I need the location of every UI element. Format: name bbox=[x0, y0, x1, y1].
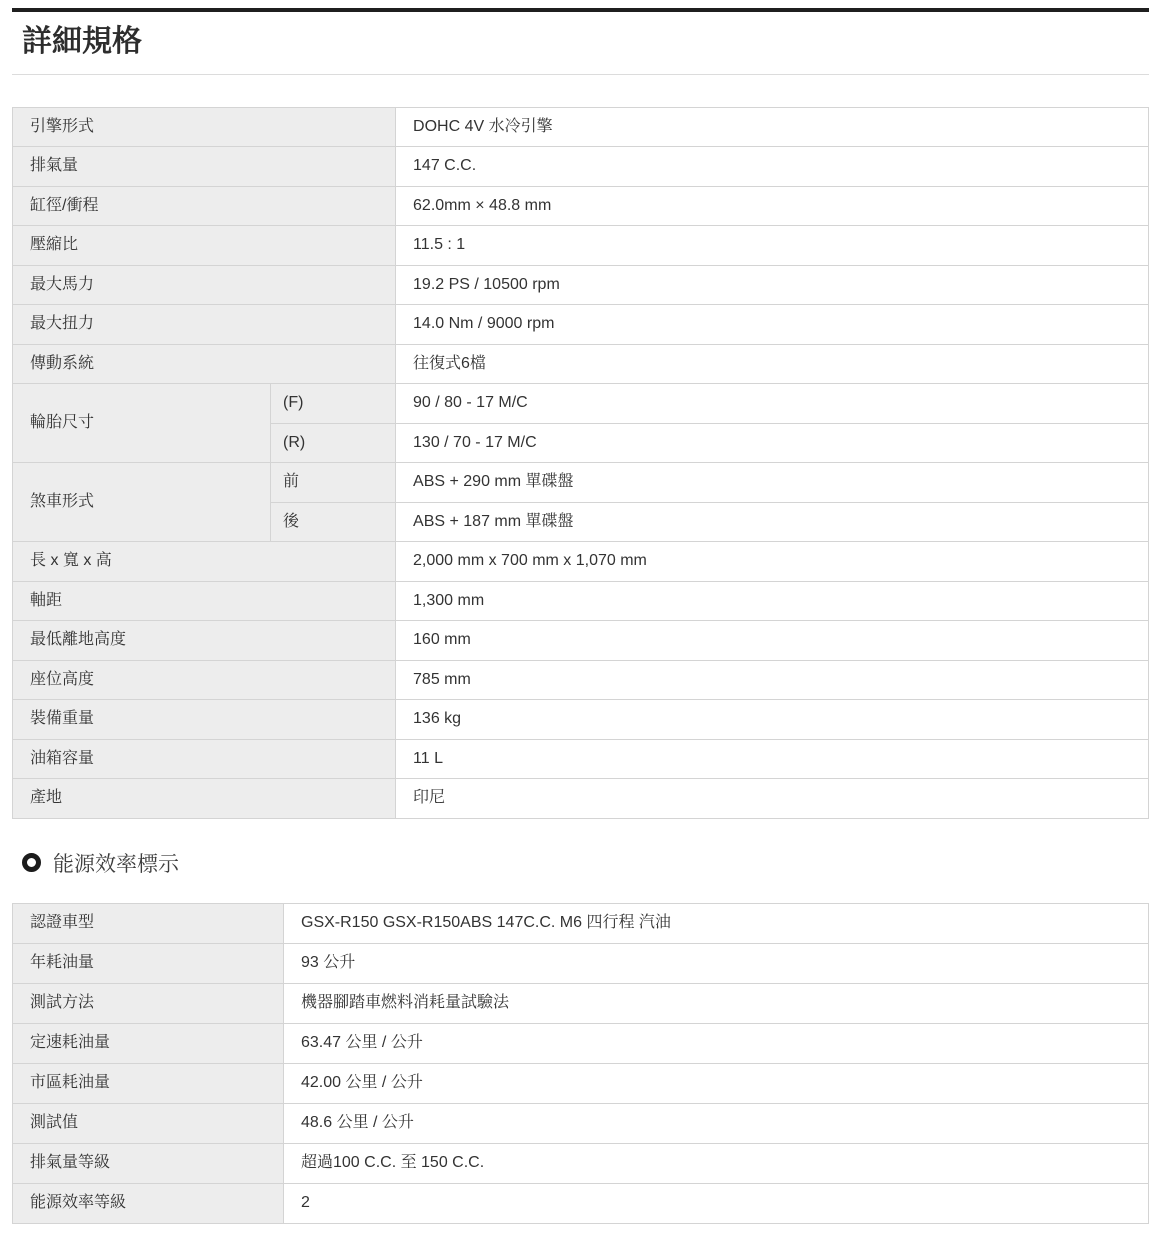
spec-value: 90 / 80 - 17 M/C bbox=[396, 384, 1149, 424]
energy-label: 定速耗油量 bbox=[13, 1023, 284, 1063]
spec-sublabel: (R) bbox=[271, 423, 396, 463]
spec-label: 產地 bbox=[13, 779, 396, 819]
energy-row: 測試值48.6 公里 / 公升 bbox=[13, 1103, 1149, 1143]
spec-row: 最大馬力19.2 PS / 10500 rpm bbox=[13, 265, 1149, 305]
spec-row: 壓縮比11.5 : 1 bbox=[13, 226, 1149, 266]
spec-page: 詳細規格 引擎形式DOHC 4V 水冷引擎排氣量147 C.C.缸徑/衝程62.… bbox=[12, 8, 1149, 1224]
spec-label: 排氣量 bbox=[13, 147, 396, 187]
spec-row: 軸距1,300 mm bbox=[13, 581, 1149, 621]
spec-label: 輪胎尺寸 bbox=[13, 384, 271, 463]
spec-row: 長 x 寬 x 高2,000 mm x 700 mm x 1,070 mm bbox=[13, 542, 1149, 582]
spec-label: 壓縮比 bbox=[13, 226, 396, 266]
spec-label: 軸距 bbox=[13, 581, 396, 621]
spec-label: 最大扭力 bbox=[13, 305, 396, 345]
spec-value: ABS + 187 mm 單碟盤 bbox=[396, 502, 1149, 542]
spec-label: 最大馬力 bbox=[13, 265, 396, 305]
energy-section-title: 能源效率標示 bbox=[53, 848, 179, 878]
spec-value: 14.0 Nm / 9000 rpm bbox=[396, 305, 1149, 345]
energy-row: 測試方法機器腳踏車燃料消耗量試驗法 bbox=[13, 983, 1149, 1023]
spec-label: 引擎形式 bbox=[13, 107, 396, 147]
energy-table: 認證車型GSX-R150 GSX-R150ABS 147C.C. M6 四行程 … bbox=[12, 903, 1149, 1224]
energy-value: 63.47 公里 / 公升 bbox=[284, 1023, 1149, 1063]
spec-value: DOHC 4V 水冷引擎 bbox=[396, 107, 1149, 147]
circle-bullet-icon bbox=[22, 853, 41, 872]
spec-row: 油箱容量11 L bbox=[13, 739, 1149, 779]
spec-value: 147 C.C. bbox=[396, 147, 1149, 187]
energy-row: 認證車型GSX-R150 GSX-R150ABS 147C.C. M6 四行程 … bbox=[13, 903, 1149, 943]
energy-label: 能源效率等級 bbox=[13, 1183, 284, 1223]
spec-value: 2,000 mm x 700 mm x 1,070 mm bbox=[396, 542, 1149, 582]
spec-row: 最低離地高度160 mm bbox=[13, 621, 1149, 661]
spec-row: 最大扭力14.0 Nm / 9000 rpm bbox=[13, 305, 1149, 345]
spec-value: 785 mm bbox=[396, 660, 1149, 700]
spec-value: 11 L bbox=[396, 739, 1149, 779]
spec-table: 引擎形式DOHC 4V 水冷引擎排氣量147 C.C.缸徑/衝程62.0mm ×… bbox=[12, 107, 1149, 819]
spec-value: 11.5 : 1 bbox=[396, 226, 1149, 266]
spec-label: 座位高度 bbox=[13, 660, 396, 700]
energy-value: 2 bbox=[284, 1183, 1149, 1223]
energy-row: 年耗油量93 公升 bbox=[13, 943, 1149, 983]
energy-value: 超過100 C.C. 至 150 C.C. bbox=[284, 1143, 1149, 1183]
spec-value: ABS + 290 mm 單碟盤 bbox=[396, 463, 1149, 503]
spec-label: 裝備重量 bbox=[13, 700, 396, 740]
energy-row: 定速耗油量63.47 公里 / 公升 bbox=[13, 1023, 1149, 1063]
energy-value: GSX-R150 GSX-R150ABS 147C.C. M6 四行程 汽油 bbox=[284, 903, 1149, 943]
page-title: 詳細規格 bbox=[12, 12, 1149, 74]
energy-label: 年耗油量 bbox=[13, 943, 284, 983]
energy-row: 市區耗油量42.00 公里 / 公升 bbox=[13, 1063, 1149, 1103]
spec-row: 缸徑/衝程62.0mm × 48.8 mm bbox=[13, 186, 1149, 226]
spec-label: 長 x 寬 x 高 bbox=[13, 542, 396, 582]
energy-table-body: 認證車型GSX-R150 GSX-R150ABS 147C.C. M6 四行程 … bbox=[13, 903, 1149, 1223]
energy-value: 42.00 公里 / 公升 bbox=[284, 1063, 1149, 1103]
energy-section-heading: 能源效率標示 bbox=[12, 848, 1149, 878]
spec-value: 130 / 70 - 17 M/C bbox=[396, 423, 1149, 463]
spec-sublabel: 前 bbox=[271, 463, 396, 503]
spec-value: 136 kg bbox=[396, 700, 1149, 740]
energy-value: 48.6 公里 / 公升 bbox=[284, 1103, 1149, 1143]
spec-sublabel: (F) bbox=[271, 384, 396, 424]
spec-label: 油箱容量 bbox=[13, 739, 396, 779]
spec-row: 座位高度785 mm bbox=[13, 660, 1149, 700]
spec-value: 1,300 mm bbox=[396, 581, 1149, 621]
spec-row: 輪胎尺寸(F)90 / 80 - 17 M/C bbox=[13, 384, 1149, 424]
spec-row: 產地印尼 bbox=[13, 779, 1149, 819]
spec-row: 裝備重量136 kg bbox=[13, 700, 1149, 740]
spec-value: 160 mm bbox=[396, 621, 1149, 661]
spec-value: 19.2 PS / 10500 rpm bbox=[396, 265, 1149, 305]
energy-label: 排氣量等級 bbox=[13, 1143, 284, 1183]
energy-label: 市區耗油量 bbox=[13, 1063, 284, 1103]
energy-label: 測試值 bbox=[13, 1103, 284, 1143]
spec-row: 排氣量147 C.C. bbox=[13, 147, 1149, 187]
energy-row: 排氣量等級超過100 C.C. 至 150 C.C. bbox=[13, 1143, 1149, 1183]
spec-label: 傳動系統 bbox=[13, 344, 396, 384]
spec-value: 往復式6檔 bbox=[396, 344, 1149, 384]
energy-value: 93 公升 bbox=[284, 943, 1149, 983]
title-underline bbox=[12, 74, 1149, 75]
energy-row: 能源效率等級2 bbox=[13, 1183, 1149, 1223]
spec-label: 最低離地高度 bbox=[13, 621, 396, 661]
energy-label: 測試方法 bbox=[13, 983, 284, 1023]
energy-value: 機器腳踏車燃料消耗量試驗法 bbox=[284, 983, 1149, 1023]
spec-label: 煞車形式 bbox=[13, 463, 271, 542]
spec-value: 62.0mm × 48.8 mm bbox=[396, 186, 1149, 226]
spec-row: 煞車形式前ABS + 290 mm 單碟盤 bbox=[13, 463, 1149, 503]
spec-row: 傳動系統往復式6檔 bbox=[13, 344, 1149, 384]
spec-label: 缸徑/衝程 bbox=[13, 186, 396, 226]
spec-sublabel: 後 bbox=[271, 502, 396, 542]
spec-table-body: 引擎形式DOHC 4V 水冷引擎排氣量147 C.C.缸徑/衝程62.0mm ×… bbox=[13, 107, 1149, 818]
spec-row: 引擎形式DOHC 4V 水冷引擎 bbox=[13, 107, 1149, 147]
energy-label: 認證車型 bbox=[13, 903, 284, 943]
spec-value: 印尼 bbox=[396, 779, 1149, 819]
